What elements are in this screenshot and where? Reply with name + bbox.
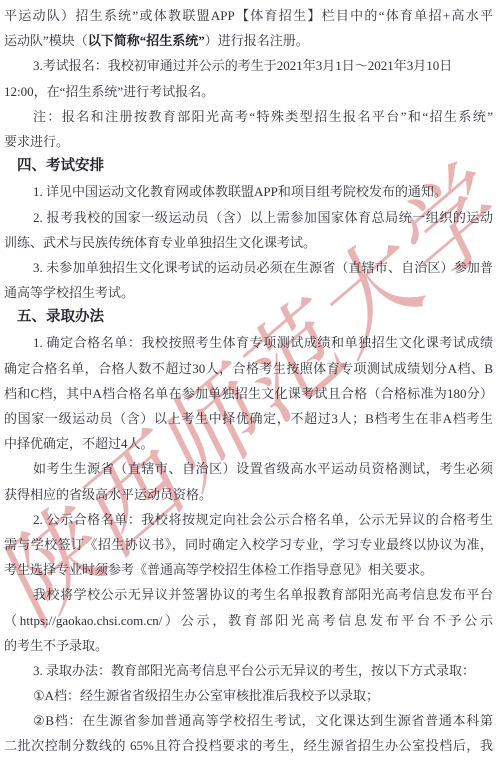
text-line: 二批次控制分数线的 65%且符合投档要求的考生，经生源省招生办公室投档后，我	[4, 733, 493, 758]
text-segment: 运动队”模块（	[4, 33, 88, 48]
text-line: 1. 确定合格名单：我校按照考生体育专项测试成绩和单独招生文化课考试成绩	[4, 330, 493, 355]
text-line: 的国家一级运动员（含）以上考生中择优确定，不超过3人；B档考生在非A档考生	[4, 406, 493, 431]
text-line: 运动队”模块（以下简称“招生系统”）进行报名注册。	[4, 28, 493, 53]
text-line: 档和C档，其中A档合格名单在参加单独招生文化课考试且合格（合格标准为180分）	[4, 381, 493, 406]
text-line: 训练、武术与民族传统体育专业单独招生文化课考试。	[4, 230, 493, 255]
text-line: （https://gaokao.chsi.com.cn/）公示，教育部阳光高考信…	[4, 608, 493, 633]
bold-text-segment: 以下简称“招生系统”	[88, 33, 205, 48]
document-lines: 平运动队）招生系统”或体教联盟APP【体育招生】栏目中的“体育单招+高水平运动队…	[4, 3, 493, 759]
text-line: 2. 公示合格名单：我校将按规定向社会公示合格名单，公示无异议的合格考生	[4, 507, 493, 532]
text-line: 要求进行。	[4, 129, 493, 154]
text-line: 获得相应的省级高水平运动员资格。	[4, 482, 493, 507]
text-line: 通高等学校招生考试。	[4, 280, 493, 305]
text-line: 如考生生源省（直辖市、自治区）设置省级高水平运动员资格测试，考生必须	[4, 456, 493, 481]
document-page: 平运动队）招生系统”或体教联盟APP【体育招生】栏目中的“体育单招+高水平运动队…	[0, 0, 497, 760]
text-line: 确定合格名单，合格人数不超过30人，合格考生按照体育专项测试成绩划分A档、B	[4, 356, 493, 381]
text-line: 的考生不予录取。	[4, 633, 493, 658]
text-line: 需与学校签订《招生协议书》，同时确定入校学习专业，学习专业最终以协议为准，	[4, 532, 493, 557]
text-line: ①A档：经生源省省级招生办公室审核批准后我校予以录取；	[4, 683, 493, 708]
text-line: ②B档：在生源省参加普通高等学校招生考试，文化课达到生源省普通本科第	[4, 708, 493, 733]
section-heading: 五、录取办法	[4, 305, 493, 330]
text-line: 3. 录取办法：教育部阳光高考信息平台公示无异议的考生，按以下方式录取：	[4, 658, 493, 683]
section-heading: 四、考试安排	[4, 154, 493, 179]
text-line: 12:00，在“招生系统”进行考试报名。	[4, 79, 493, 104]
text-line: 1. 详见中国运动文化教育网或体教联盟APP和项目组考院校发布的通知。	[4, 179, 493, 204]
text-segment: ）进行报名注册。	[205, 33, 309, 48]
text-line: 考生选择专业时须参考《普通高等学校招生体检工作指导意见》相关要求。	[4, 557, 493, 582]
text-line: 我校将学校公示无异议并签署协议的考生名单报教育部阳光高考信息发布平台	[4, 582, 493, 607]
text-line: 注：报名和注册按教育部阳光高考“特殊类型招生报名平台”和“招生系统”	[4, 104, 493, 129]
text-line: 3. 未参加单独招生文化课考试的运动员必须在生源省（直辖市、自治区）参加普	[4, 255, 493, 280]
text-line: 2. 报考我校的国家一级运动员（含）以上需参加国家体育总局统一组织的运动	[4, 205, 493, 230]
text-line: 中择优确定，不超过4人。	[4, 431, 493, 456]
text-line: 3.考试报名：我校初审通过并公示的考生于2021年3月1日～2021年3月10日	[4, 53, 493, 78]
text-line: 平运动队）招生系统”或体教联盟APP【体育招生】栏目中的“体育单招+高水平	[4, 3, 493, 28]
